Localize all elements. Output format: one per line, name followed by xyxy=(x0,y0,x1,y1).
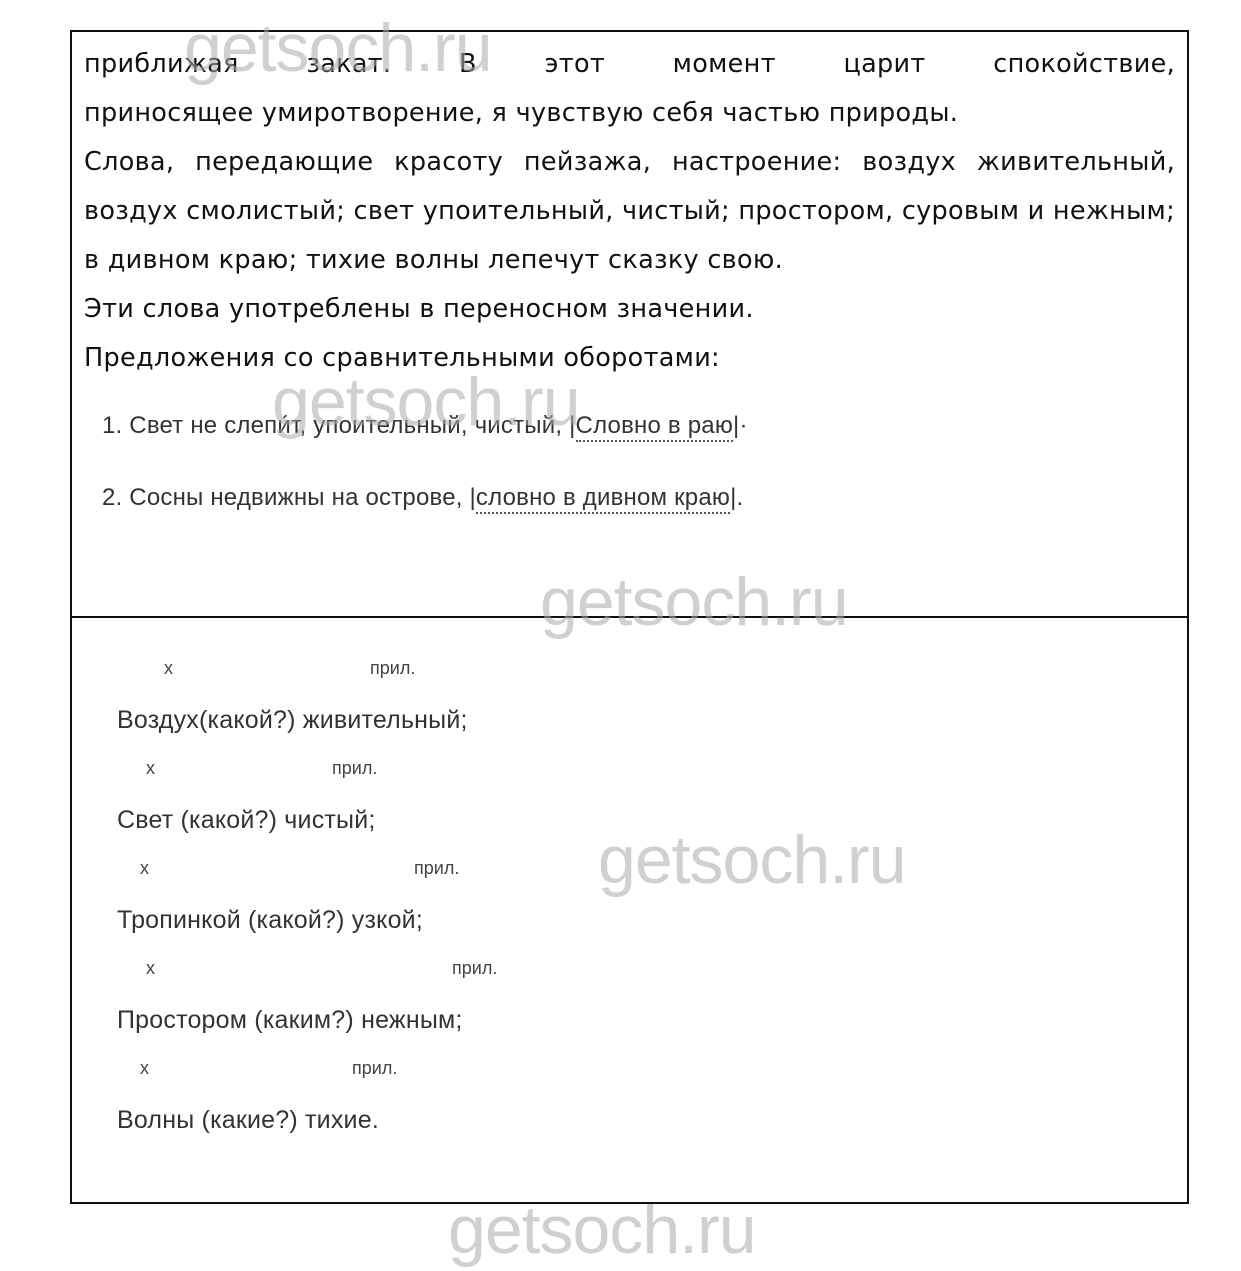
list-number: 1. xyxy=(102,412,122,439)
sentence-end: · xyxy=(739,412,747,439)
phrase-boundary: | xyxy=(469,484,475,511)
phrase-boundary: | xyxy=(569,412,575,439)
adjective-mark: прил. xyxy=(414,858,459,879)
part-of-speech-marks: x прил. xyxy=(72,1058,1187,1082)
descriptive-words-paragraph: Слова, передающие красоту пейзажа, настр… xyxy=(84,138,1175,285)
sentence-end: . xyxy=(737,484,744,511)
noun-mark: x xyxy=(164,658,173,679)
part-of-speech-marks: x прил. xyxy=(72,658,1187,682)
noun-mark: x xyxy=(146,958,155,979)
part-of-speech-marks: x прил. xyxy=(72,858,1187,882)
comparisons-heading: Предложения со сравнительными оборотами: xyxy=(84,334,1175,383)
list-item: 2. Сосны недвижны на острове, |словно в … xyxy=(102,473,1175,545)
phrase-analysis: Тропинкой (какой?) узкой; xyxy=(117,906,423,935)
noun-mark: x xyxy=(140,1058,149,1079)
grammar-analysis-cell: x прил. Воздух(какой?) живительный; x пр… xyxy=(72,618,1187,1202)
noun-mark: x xyxy=(140,858,149,879)
phrase-analysis: Волны (какие?) тихие. xyxy=(117,1106,379,1135)
comparative-phrase: словно в дивном краю xyxy=(476,484,730,514)
answer-text-cell: приближая закат. В этот момент царит спо… xyxy=(72,32,1187,618)
adjective-mark: прил. xyxy=(352,1058,397,1079)
paragraph-line: приближая закат. В этот момент царит спо… xyxy=(84,40,1175,89)
sentence-text: Сосны недвижны на острове, xyxy=(129,484,469,511)
list-number: 2. xyxy=(102,484,122,511)
list-item: 1. Свет не слепи́т, упоительный, чистый,… xyxy=(102,401,1175,473)
adjective-mark: прил. xyxy=(332,758,377,779)
phrase-analysis: Свет (какой?) чистый; xyxy=(117,806,376,835)
watermark: getsoch.ru xyxy=(448,1196,756,1264)
figurative-meaning-note: Эти слова употреблены в переносном значе… xyxy=(84,285,1175,334)
document-table: приближая закат. В этот момент царит спо… xyxy=(70,30,1189,1204)
comparison-list: 1. Свет не слепи́т, упоительный, чистый,… xyxy=(84,401,1175,545)
noun-mark: x xyxy=(146,758,155,779)
part-of-speech-marks: x прил. xyxy=(72,758,1187,782)
sentence-text: Свет не слепи́т, упоительный, чистый, xyxy=(129,412,569,439)
comparative-phrase: Словно в раю xyxy=(576,412,734,442)
adjective-mark: прил. xyxy=(370,658,415,679)
adjective-mark: прил. xyxy=(452,958,497,979)
phrase-analysis: Воздух(какой?) живительный; xyxy=(117,706,468,735)
phrase-analysis: Простором (каким?) нежным; xyxy=(117,1006,463,1035)
part-of-speech-marks: x прил. xyxy=(72,958,1187,982)
paragraph-line: приносящее умиротворение, я чувствую себ… xyxy=(84,89,1175,138)
